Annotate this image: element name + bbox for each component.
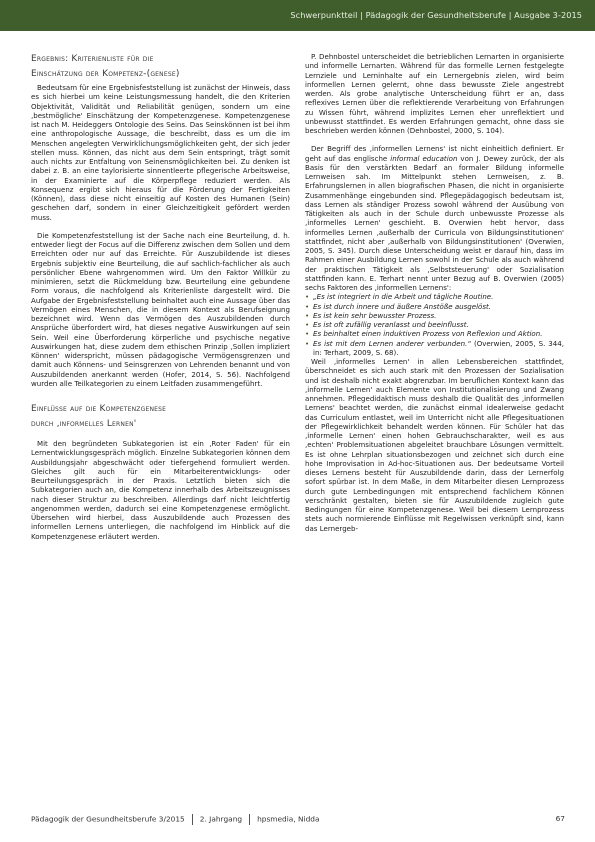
paragraph: Mit den begründeten Subkategorien ist ei… bbox=[31, 439, 290, 541]
heading-line: Einflüsse auf die Kompetenzgenese bbox=[31, 402, 290, 417]
page-footer: Pädagogik der Gesundheitsberufe 3/20152.… bbox=[31, 814, 565, 825]
heading-line: Ergebnis: Kriterienliste für die bbox=[31, 52, 290, 67]
page-number: 67 bbox=[556, 814, 565, 823]
paragraph: P. Dehnbostel unterscheidet die betriebl… bbox=[305, 52, 564, 135]
bullet-item: Es ist mit dem Lernen anderer verbunden.… bbox=[305, 339, 564, 358]
right-column: P. Dehnbostel unterscheidet die betriebl… bbox=[305, 52, 564, 533]
bullet-item: Es ist kein sehr bewusster Prozess. bbox=[305, 311, 564, 320]
text-run: von J. Dewey zurück, der als Basis für d… bbox=[305, 154, 564, 293]
running-title: Schwerpunktteil | Pädagogik der Gesundhe… bbox=[290, 10, 582, 20]
divider bbox=[249, 814, 250, 825]
bullet-item: Es ist oft zufällig veranlasst und beein… bbox=[305, 320, 564, 329]
paragraph: Bedeutsam für eine Ergebnisfeststellung … bbox=[31, 83, 290, 222]
bullet-item: Es beinhaltet einen induktiven Prozess v… bbox=[305, 329, 564, 338]
bullet-item: Es ist durch innere und äußere Anstöße a… bbox=[305, 302, 564, 311]
bullet-list: „Es ist integriert in die Arbeit und täg… bbox=[305, 292, 564, 357]
header-bar: Schwerpunktteil | Pädagogik der Gesundhe… bbox=[0, 0, 595, 31]
text-run: Es ist mit dem Lernen anderer verbunden.… bbox=[313, 339, 471, 348]
paragraph: Die Kompetenzfeststellung ist der Sache … bbox=[31, 231, 290, 388]
section-heading-ergebnis: Ergebnis: Kriterienliste für die Einschä… bbox=[31, 52, 290, 81]
divider bbox=[192, 814, 193, 825]
heading-line: durch ‚informelles Lernen' bbox=[31, 417, 290, 432]
paragraph: Weil ‚informelles Lernen' in allen Leben… bbox=[305, 357, 564, 533]
left-column: Ergebnis: Kriterienliste für die Einschä… bbox=[31, 52, 290, 541]
section-heading-einfluesse: Einflüsse auf die Kompetenzgenese durch … bbox=[31, 402, 290, 431]
bullet-item: „Es ist integriert in die Arbeit und täg… bbox=[305, 292, 564, 301]
footer-volume: 2. Jahrgang bbox=[200, 815, 242, 824]
footer-journal: Pädagogik der Gesundheitsberufe 3/2015 bbox=[31, 815, 185, 824]
footer-publisher: hpsmedia, Nidda bbox=[257, 815, 319, 824]
paragraph: Der Begriff des ‚informellen Lernens' is… bbox=[305, 144, 564, 292]
heading-line: Einschätzung der Kompetenz-(genese) bbox=[31, 67, 290, 82]
italic-term: informal education bbox=[390, 154, 457, 163]
